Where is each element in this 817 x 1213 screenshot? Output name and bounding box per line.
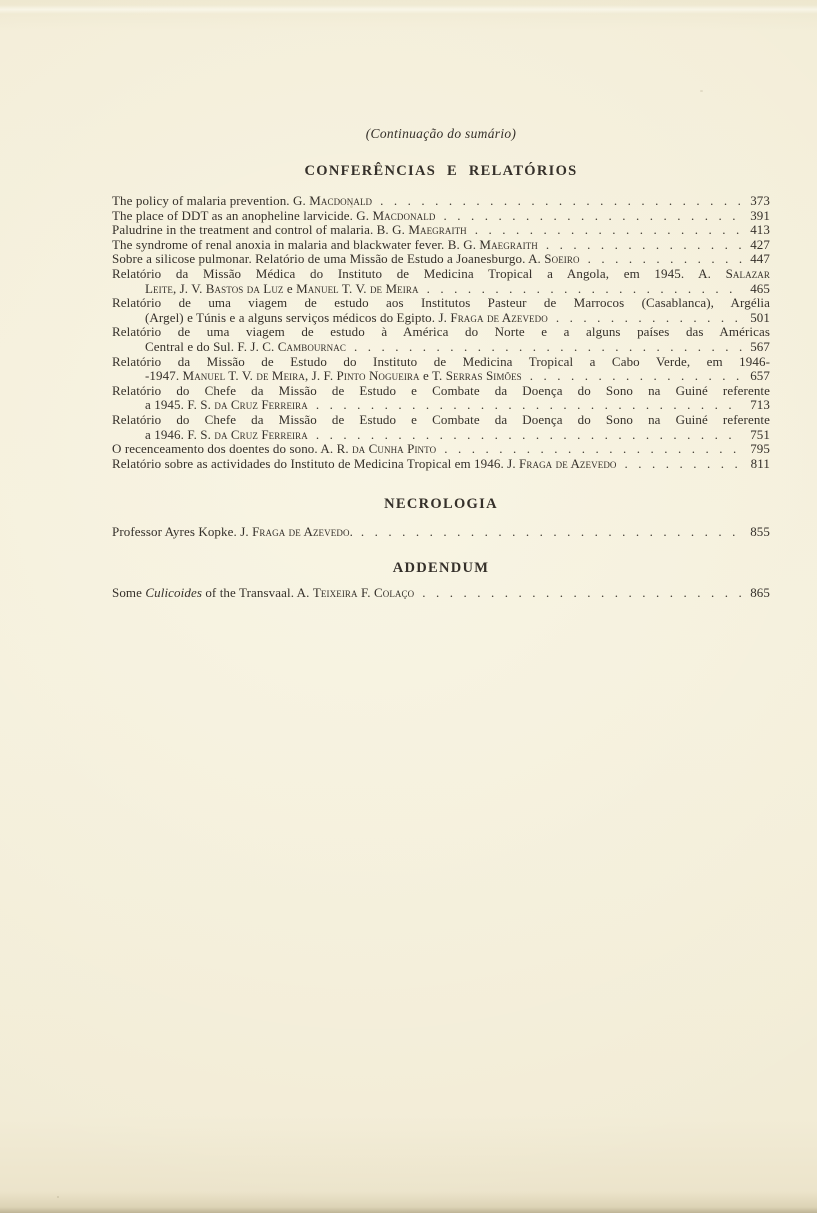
paper-crease	[0, 5, 817, 14]
dot-leader: ........................................…	[617, 457, 742, 472]
dot-leader: ........................................…	[522, 369, 742, 384]
toc-entry-line: O recenceamento dos doentes do sono. A. …	[112, 442, 770, 457]
dot-leader: ........................................…	[308, 398, 742, 413]
toc-entry-wrap-line: Relatório de uma viagem de estudo à Amér…	[112, 325, 770, 340]
dot-leader: ........................................…	[419, 282, 742, 297]
toc-sections: CONFERÊNCIAS E RELATÓRIOSThe policy of m…	[112, 163, 770, 600]
page-number: 373	[742, 194, 770, 209]
entry-text: Relatório de uma viagem de estudo à Amér…	[112, 324, 770, 339]
entry-text: a 1946. F. S. da Cruz Ferreira	[145, 428, 308, 443]
entry-text: O recenceamento dos doentes do sono. A. …	[112, 442, 436, 457]
entry-text: a 1945. F. S. da Cruz Ferreira	[145, 398, 308, 413]
page-number: 447	[742, 252, 770, 267]
entry-text: Relatório da Missão Médica do Instituto …	[112, 266, 770, 281]
entry-text: Relatório da Missão de Estudo do Institu…	[112, 354, 770, 369]
entry-text: -1947. Manuel T. V. de Meira, J. F. Pint…	[145, 369, 522, 384]
dot-leader: ........................................…	[346, 340, 742, 355]
section-heading: NECROLOGIA	[112, 496, 770, 513]
toc-entry-wrap-line: Relatório de uma viagem de estudo aos In…	[112, 296, 770, 311]
dot-leader: ........................................…	[467, 223, 742, 238]
dot-leader: ........................................…	[372, 194, 742, 209]
toc-entry-line: (Argel) e Túnis e a alguns serviços médi…	[112, 311, 770, 326]
toc-entry-line: The place of DDT as an anopheline larvic…	[112, 209, 770, 224]
page-number: 465	[742, 282, 770, 297]
scanned-page: (Continuação do sumário) CONFERÊNCIAS E …	[0, 0, 817, 1213]
toc-entry-line: Professor Ayres Kopke. J. Fraga de Azeve…	[112, 525, 770, 540]
paper-speck	[57, 1196, 59, 1198]
toc-entry-line: Sobre a silicose pulmonar. Relatório de …	[112, 252, 770, 267]
toc-section: CONFERÊNCIAS E RELATÓRIOSThe policy of m…	[112, 163, 770, 471]
toc-entry-line: Leite, J. V. Bastos da Luz e Manuel T. V…	[112, 282, 770, 297]
toc-entry-line: Relatório sobre as actividades do Instit…	[112, 457, 770, 472]
page-number: 413	[742, 223, 770, 238]
continuation-note: (Continuação do sumário)	[112, 126, 770, 142]
page-number: 855	[742, 525, 770, 540]
toc-entry-wrap-line: Relatório do Chefe da Missão de Estudo e…	[112, 413, 770, 428]
toc-entry-line: Paludrine in the treatment and control o…	[112, 223, 770, 238]
page-number: 811	[742, 457, 770, 472]
entry-text: Central e do Sul. F. J. C. Cambournac	[145, 340, 346, 355]
entry-text: (Argel) e Túnis e a alguns serviços médi…	[145, 311, 548, 326]
dot-leader: ........................................…	[414, 586, 742, 601]
toc-content: (Continuação do sumário) CONFERÊNCIAS E …	[112, 126, 770, 600]
section-heading: ADDENDUM	[112, 560, 770, 577]
toc-entry-line: Some Culicoides of the Transvaal. A. Tei…	[112, 586, 770, 601]
toc-entry-line: a 1945. F. S. da Cruz Ferreira..........…	[112, 398, 770, 413]
toc-entry-line: -1947. Manuel T. V. de Meira, J. F. Pint…	[112, 369, 770, 384]
dot-leader: ........................................…	[435, 209, 742, 224]
entry-text: Relatório sobre as actividades do Instit…	[112, 457, 617, 472]
toc-entry-line: The policy of malaria prevention. G. Mac…	[112, 194, 770, 209]
entry-text: Some Culicoides of the Transvaal. A. Tei…	[112, 586, 414, 601]
toc-entry-line: The syndrome of renal anoxia in malaria …	[112, 238, 770, 253]
dot-leader: ........................................…	[436, 442, 742, 457]
toc-entry-line: a 1946. F. S. da Cruz Ferreira..........…	[112, 428, 770, 443]
page-number: 657	[742, 369, 770, 384]
entry-text: Relatório de uma viagem de estudo aos In…	[112, 295, 770, 310]
page-number: 795	[742, 442, 770, 457]
entry-text: Paludrine in the treatment and control o…	[112, 223, 467, 238]
entry-text: Relatório do Chefe da Missão de Estudo e…	[112, 383, 770, 398]
page-number: 751	[742, 428, 770, 443]
paper-speck	[700, 90, 703, 92]
page-number: 567	[742, 340, 770, 355]
toc-entry-line: Central e do Sul. F. J. C. Cambournac...…	[112, 340, 770, 355]
toc-section: NECROLOGIAProfessor Ayres Kopke. J. Frag…	[112, 496, 770, 540]
toc-entry-wrap-line: Relatório do Chefe da Missão de Estudo e…	[112, 384, 770, 399]
toc-entry-wrap-line: Relatório da Missão Médica do Instituto …	[112, 267, 770, 282]
dot-leader: ........................................…	[308, 428, 742, 443]
dot-leader: ........................................…	[538, 238, 742, 253]
dot-leader: ........................................…	[353, 525, 742, 540]
toc-section: ADDENDUMSome Culicoides of the Transvaal…	[112, 560, 770, 601]
entry-text: The place of DDT as an anopheline larvic…	[112, 209, 435, 224]
page-number: 391	[742, 209, 770, 224]
entry-text: Relatório do Chefe da Missão de Estudo e…	[112, 412, 770, 427]
page-number: 501	[742, 311, 770, 326]
entry-text: The syndrome of renal anoxia in malaria …	[112, 238, 538, 253]
page-number: 713	[742, 398, 770, 413]
entry-text: Sobre a silicose pulmonar. Relatório de …	[112, 252, 580, 267]
dot-leader: ........................................…	[548, 311, 742, 326]
entry-text: Leite, J. V. Bastos da Luz e Manuel T. V…	[145, 282, 419, 297]
entry-text: The policy of malaria prevention. G. Mac…	[112, 194, 372, 209]
page-number: 865	[742, 586, 770, 601]
entry-text: Professor Ayres Kopke. J. Fraga de Azeve…	[112, 525, 353, 540]
page-number: 427	[742, 238, 770, 253]
toc-entry-wrap-line: Relatório da Missão de Estudo do Institu…	[112, 355, 770, 370]
section-heading: CONFERÊNCIAS E RELATÓRIOS	[112, 163, 770, 180]
dot-leader: ........................................…	[580, 252, 742, 267]
